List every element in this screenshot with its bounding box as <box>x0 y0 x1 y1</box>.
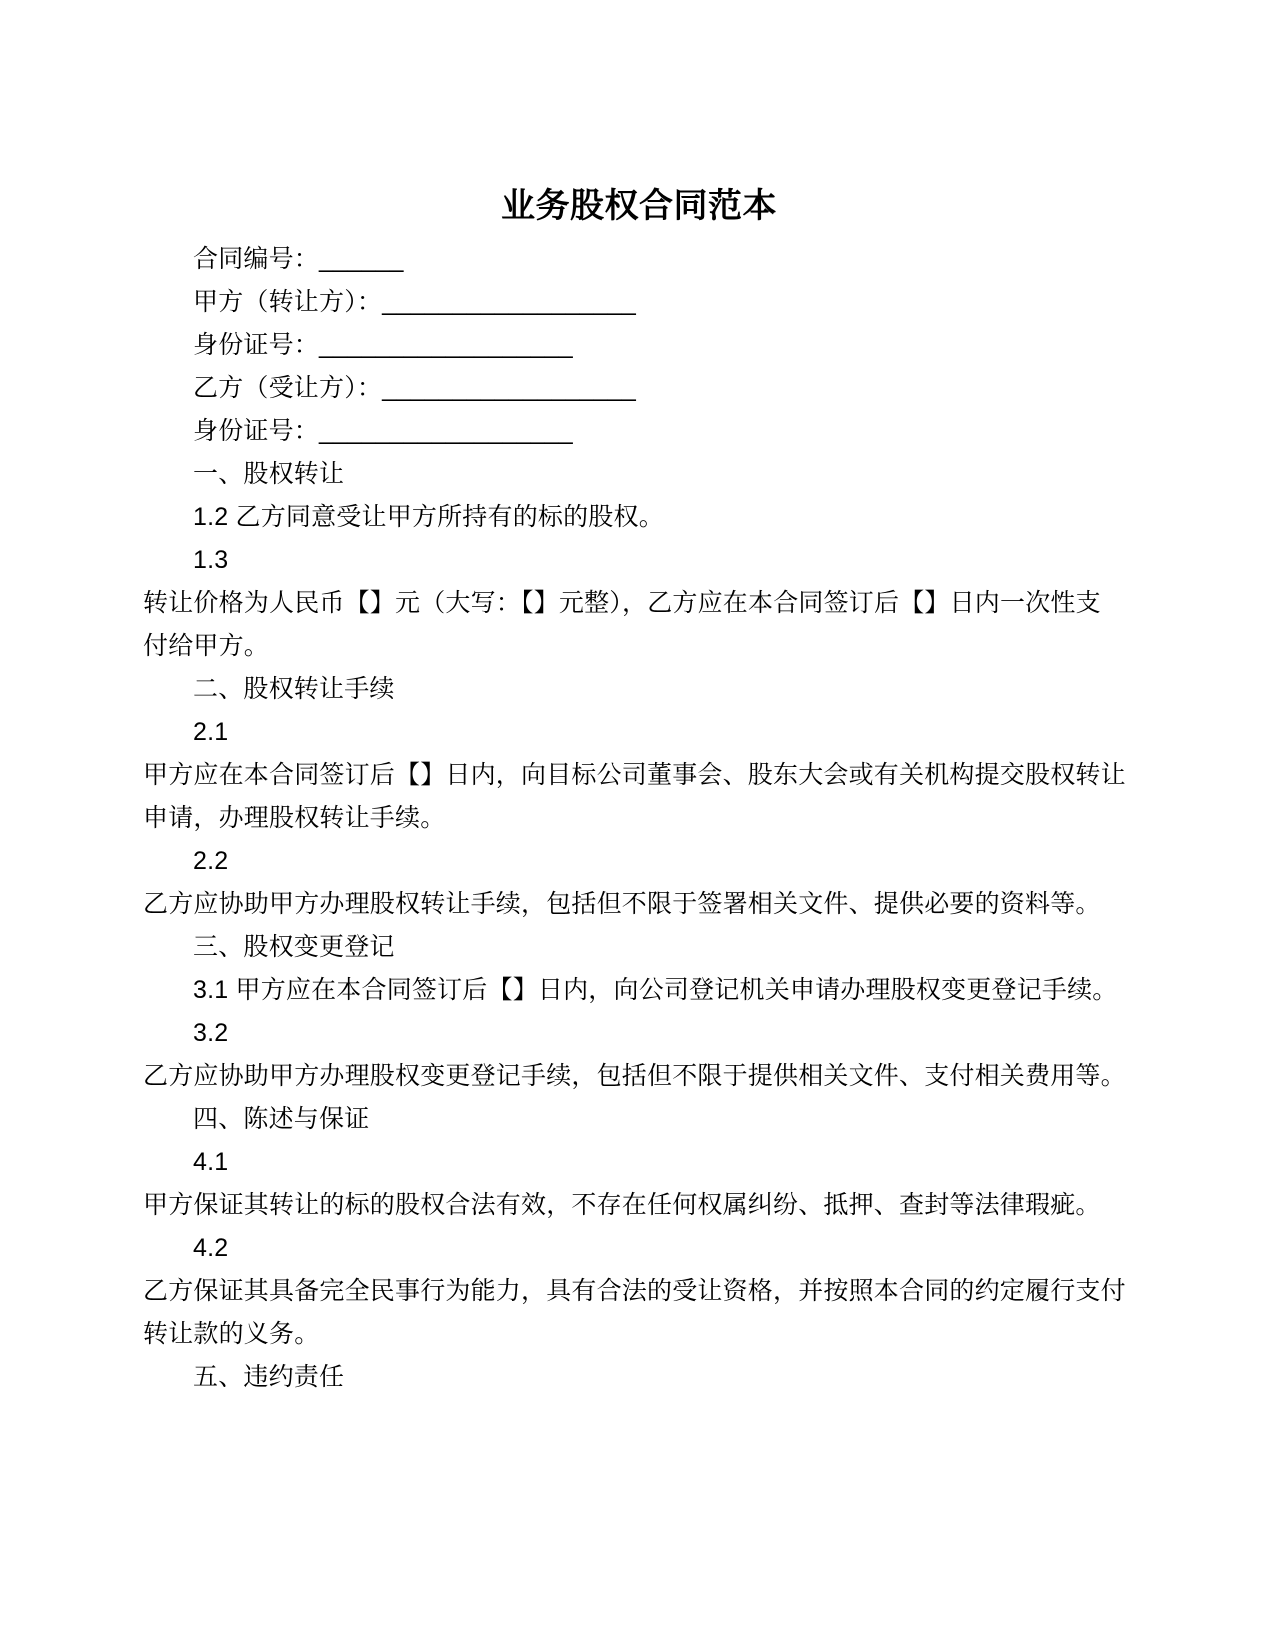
clause-4-1-text: 甲方保证其转让的标的股权合法有效，不存在任何权属纠纷、抵押、查封等法律瑕疵。 <box>143 1184 1135 1227</box>
party-b-line: 乙方（受让方）：__________________ <box>143 367 1135 410</box>
document-page: 业务股权合同范本 合同编号：______ 甲方（转让方）：___________… <box>0 0 1275 1650</box>
party-b-id-line: 身份证号：__________________ <box>143 410 1135 453</box>
clause-1-3-number: 1.3 <box>143 539 1135 582</box>
clause-4-2-text-1: 乙方保证其具备完全民事行为能力，具有合法的受让资格，并按照本合同的约定履行支付 <box>143 1270 1135 1313</box>
section-5-heading: 五、违约责任 <box>143 1356 1135 1399</box>
clause-4-1-number: 4.1 <box>143 1141 1135 1184</box>
clause-3-2-number: 3.2 <box>143 1012 1135 1055</box>
section-3-heading: 三、股权变更登记 <box>143 926 1135 969</box>
clause-1-3-text-2: 付给甲方。 <box>143 625 1135 668</box>
section-2-heading: 二、股权转让手续 <box>143 668 1135 711</box>
clause-2-1-text-1: 甲方应在本合同签订后【】日内，向目标公司董事会、股东大会或有关机构提交股权转让 <box>143 754 1135 797</box>
document-title: 业务股权合同范本 <box>143 184 1135 229</box>
clause-2-1-number: 2.1 <box>143 711 1135 754</box>
clause-1-2: 1.2 乙方同意受让甲方所持有的标的股权。 <box>143 496 1135 539</box>
clause-2-2-text: 乙方应协助甲方办理股权转让手续，包括但不限于签署相关文件、提供必要的资料等。 <box>143 883 1135 926</box>
party-a-id-line: 身份证号：__________________ <box>143 324 1135 367</box>
clause-3-1: 3.1 甲方应在本合同签订后【】日内，向公司登记机关申请办理股权变更登记手续。 <box>143 969 1135 1012</box>
clause-4-2-text-2: 转让款的义务。 <box>143 1313 1135 1356</box>
clause-2-2-number: 2.2 <box>143 840 1135 883</box>
clause-3-2-text: 乙方应协助甲方办理股权变更登记手续，包括但不限于提供相关文件、支付相关费用等。 <box>143 1055 1135 1098</box>
clause-1-3-text-1: 转让价格为人民币【】元（大写：【】元整），乙方应在本合同签订后【】日内一次性支 <box>143 582 1135 625</box>
document-content: 业务股权合同范本 合同编号：______ 甲方（转让方）：___________… <box>143 184 1135 1399</box>
clause-4-2-number: 4.2 <box>143 1227 1135 1270</box>
section-1-heading: 一、股权转让 <box>143 453 1135 496</box>
contract-number-line: 合同编号：______ <box>143 238 1135 281</box>
party-a-line: 甲方（转让方）：__________________ <box>143 281 1135 324</box>
clause-2-1-text-2: 申请，办理股权转让手续。 <box>143 797 1135 840</box>
section-4-heading: 四、陈述与保证 <box>143 1098 1135 1141</box>
